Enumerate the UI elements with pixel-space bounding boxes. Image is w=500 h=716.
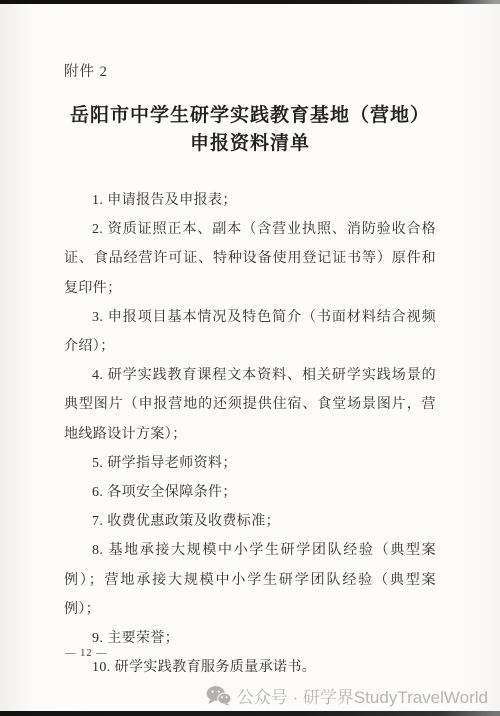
scan-edge-bottom-bar (0, 711, 500, 716)
list-item-5: 5. 研学指导老师资料； (64, 449, 436, 478)
watermark-text: 公众号 · 研学界StudyTravelWorld (237, 683, 488, 708)
attachment-label: 附件 2 (64, 60, 108, 81)
list-item-10: 10. 研学实践教育服务质量承诺书。 (64, 653, 436, 682)
document-page: 附件 2 岳阳市中学生研学实践教育基地（营地） 申报资料清单 1. 申请报告及申… (0, 0, 500, 716)
scan-edge-top-bar (0, 0, 500, 4)
list-item-4: 4. 研学实践教育课程文本资料、相关研学实践场景的典型图片（申报营地的还须提供住… (64, 361, 436, 449)
list-item-6: 6. 各项安全保障条件； (64, 478, 436, 507)
list-item-2: 2. 资质证照正本、副本（含营业执照、消防验收合格证、食品经营许可证、特种设备使… (64, 215, 436, 303)
list-item-9: 9. 主要荣誉； (64, 624, 436, 653)
document-body: 1. 申请报告及申报表； 2. 资质证照正本、副本（含营业执照、消防验收合格证、… (64, 186, 436, 682)
document-title: 岳阳市中学生研学实践教育基地（营地） 申报资料清单 (0, 102, 500, 158)
wechat-icon (206, 685, 231, 706)
list-item-8: 8. 基地承接大规模中小学生研学团队经验（典型案例）；营地承接大规模中小学生研学… (64, 536, 436, 624)
watermark: 公众号 · 研学界StudyTravelWorld (206, 683, 488, 708)
list-item-1: 1. 申请报告及申报表； (64, 186, 436, 215)
title-line-2: 申报资料清单 (0, 130, 500, 158)
list-item-7: 7. 收费优惠政策及收费标准； (64, 507, 436, 536)
title-line-1: 岳阳市中学生研学实践教育基地（营地） (0, 102, 500, 130)
list-item-3: 3. 申报项目基本情况及特色简介（书面材料结合视频介绍）； (64, 303, 436, 361)
page-number: — 12 — (65, 648, 108, 659)
